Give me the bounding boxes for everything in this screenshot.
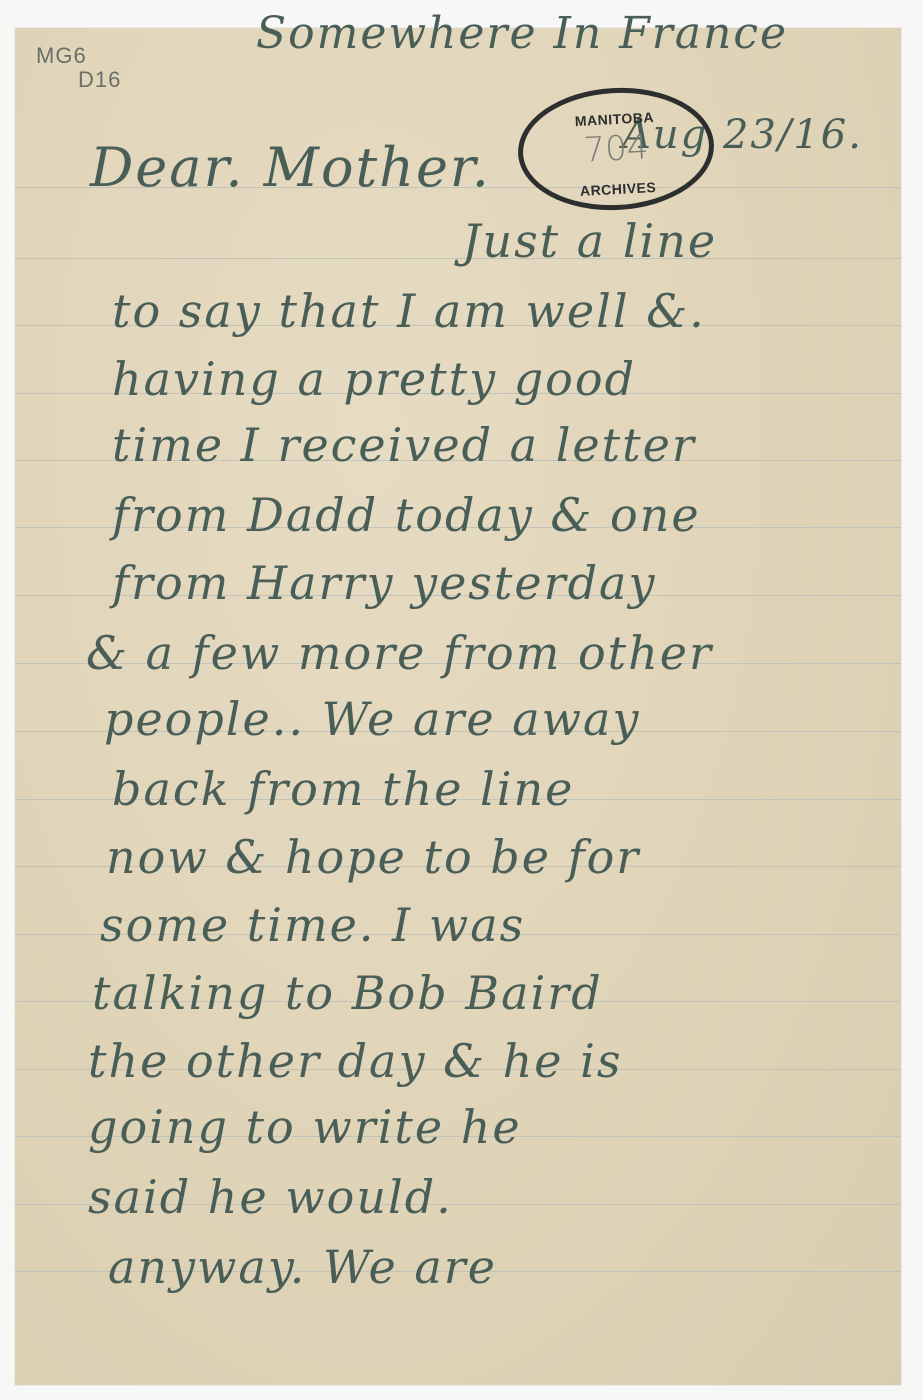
body-line: from Harry yesterday (112, 556, 656, 610)
ruled-line (15, 258, 901, 259)
archive-reference: MG6 D16 (36, 44, 121, 92)
body-line: people.. We are away (104, 692, 640, 746)
body-line: having a pretty good (112, 352, 636, 406)
letter-location: Somewhere In France (256, 8, 788, 59)
stamp-number: 704 (522, 124, 710, 174)
body-line: & a few more from other (86, 626, 713, 680)
archive-reference-line-1: MG6 (36, 44, 121, 68)
body-line: talking to Bob Baird (92, 966, 603, 1020)
body-line: Just a line (462, 214, 717, 268)
body-line: some time. I was (100, 898, 525, 952)
body-line: said he would. (88, 1170, 453, 1224)
body-line: anyway. We are (108, 1240, 497, 1294)
body-line: time I received a letter (112, 418, 696, 472)
archive-reference-line-2: D16 (36, 68, 121, 92)
body-line: back from the line (112, 762, 574, 816)
salutation: Dear. Mother. (90, 136, 491, 199)
body-line: to say that I am well &. (112, 284, 706, 338)
body-line: the other day & he is (88, 1034, 622, 1088)
body-line: from Dadd today & one (112, 488, 701, 542)
body-line: going to write he (88, 1100, 522, 1154)
body-line: now & hope to be for (106, 830, 640, 884)
